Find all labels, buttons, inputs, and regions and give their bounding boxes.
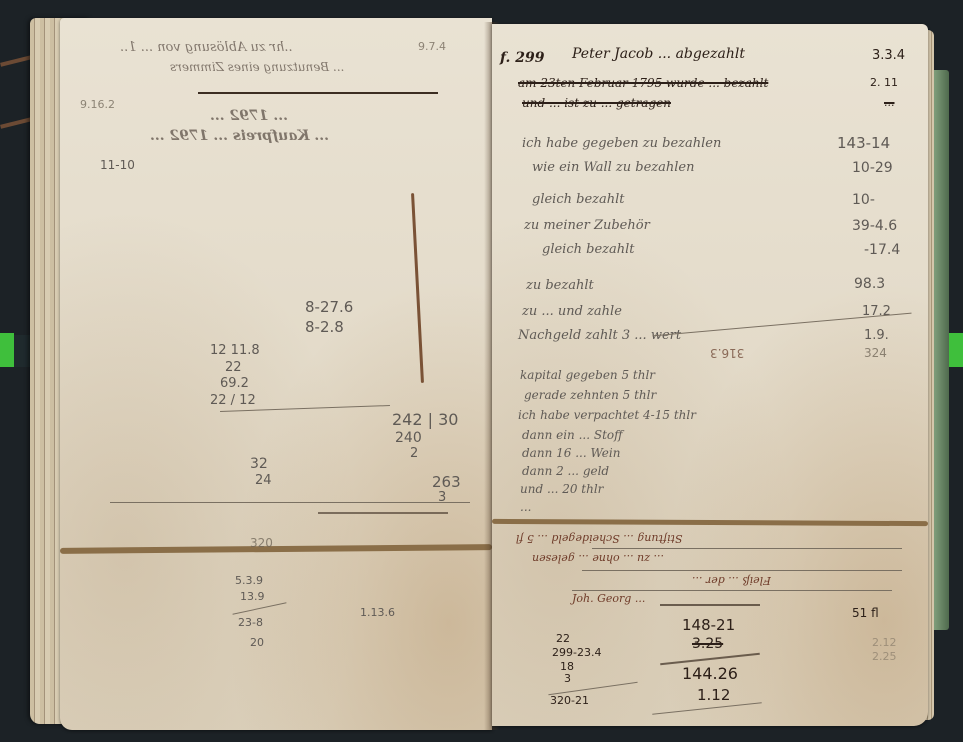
mirrored-header-line: ... Benutzung eines Zimmers [170,60,344,74]
mirrored-header-line: ... Kaufpreis ... 1792 ... [150,128,329,144]
ledger-amount: 10-29 [852,160,893,176]
margin-number: 9.7.4 [418,40,446,53]
ledger-entry: gleich bezahlt [532,192,625,207]
faint-margin-number: 2.25 [872,650,897,663]
list-item: ich habe verpachtet 4-15 thlr [518,408,696,422]
subtotal-mark: 324 [864,346,887,360]
calculation-value: 240 [395,430,422,446]
calculation-value: 8-2.8 [305,318,344,336]
left-calculation: 299-23.4 [552,646,601,659]
ledger-entry: wie ein Wall zu bezahlen [532,160,694,175]
note-line: Joh. Georg ... [572,592,645,605]
margin-number: 9.16.2 [80,98,115,111]
ledger-entry: zu bezahlt [526,278,594,293]
left-calculation: 3 [564,672,571,685]
calculation-value: 2 [410,446,418,461]
page-rule [110,502,470,503]
page-rule [582,570,902,571]
calculation-value: 242 | 30 [392,410,458,429]
lower-amount: 3.25 [692,636,723,652]
inverted-note-line: ... zu ... ohne ... gelesen [532,552,664,565]
color-calibration-tab-left [0,333,14,367]
page-rule [572,590,892,591]
subtotal-mark: 316.3 [710,346,744,360]
ledger-amount: -17.4 [864,242,900,258]
lower-amount: 144.26 [682,664,738,683]
list-item: kapital gegeben 5 thlr [520,368,655,382]
folio-number: f. 299 [500,50,545,66]
torn-page-edge [492,519,928,526]
calculation-value: 8-27.6 [305,298,353,316]
right-page: f. 299 Peter Jacob ... abgezahlt 3.3.4 a… [492,24,928,726]
list-item: ... [520,500,531,514]
struck-entry: und ... ist zu ... getragen [522,96,671,110]
ledger-amount: 39-4.6 [852,218,897,234]
calculation-value: 23-8 [238,616,263,629]
calculation-value: 320 [250,536,273,550]
page-rule [592,548,902,549]
lower-amount: 148-21 [682,616,735,634]
ledger-amount: 10- [852,192,875,208]
color-calibration-tab-right [948,333,963,367]
left-calculation: 320-21 [550,694,589,707]
margin-number: 11-10 [100,158,135,172]
calculation-value: 20 [250,636,264,649]
lower-amount: 1.12 [697,686,730,704]
mirrored-header-line: ... 1792 ... [210,108,288,124]
lower-amount: 51 fl [852,606,879,620]
title-amount: 3.3.4 [872,48,905,63]
inverted-note-line: Stiftung ... Scheidegeld ... 5 fl [516,532,682,545]
list-item: dann 16 ... Wein [522,446,620,460]
struck-entry-amount: 2. 11 [870,76,898,89]
calculation-value: 5.3.9 [235,574,263,587]
calculation-value: 24 [255,473,272,488]
calculation-value: 12 11.8 [210,343,260,358]
calculation-value: 22 / 12 [210,393,256,408]
list-item: dann 2 ... geld [522,464,609,478]
inverted-note-line: Fleiß ... der ... [692,574,771,587]
sum-rule [652,702,762,714]
ledger-amount: 143-14 [837,134,890,152]
mirrored-header-line: ..hr zu Ablösung von ... 1.. [120,40,293,55]
struck-entry-amount: ... [884,96,895,109]
calculation-value: 13.9 [240,590,265,603]
list-item: gerade zehnten 5 thlr [524,388,656,402]
sum-rule [232,602,286,614]
ledger-amount: 1.9. [864,328,889,343]
ledger-amount: 98.3 [854,276,885,292]
struck-entry: am 23ten Februar 1795 wurde ... bezahlt [518,76,768,90]
torn-page-edge [60,544,492,554]
calculation-value: 263 [432,473,461,491]
left-calculation: 22 [556,632,570,645]
calculation-value: 22 [225,360,242,375]
ledger-entry: ich habe gegeben zu bezahlen [522,136,721,151]
calculation-value: 69.2 [220,376,249,391]
calculation-value: 1.13.6 [360,606,395,619]
faint-margin-number: 2.12 [872,636,897,649]
entry-title: Peter Jacob ... abgezahlt [572,46,745,62]
ledger-entry: gleich bezahlt [542,242,635,257]
left-page: ..hr zu Ablösung von ... 1.. ... Benutzu… [60,18,492,730]
list-item: dann ein ... Stoff [522,428,623,442]
ink-stroke [411,193,424,383]
open-ledger-book: ..hr zu Ablösung von ... 1.. ... Benutzu… [18,12,940,734]
ledger-entry: zu ... und zahle [522,304,622,319]
sum-rule [660,604,760,606]
calculation-value: 32 [250,456,268,472]
list-item: und ... 20 thlr [520,482,603,496]
ledger-entry: zu meiner Zubehör [524,218,650,233]
header-rule [198,92,438,94]
page-rule [318,512,448,514]
